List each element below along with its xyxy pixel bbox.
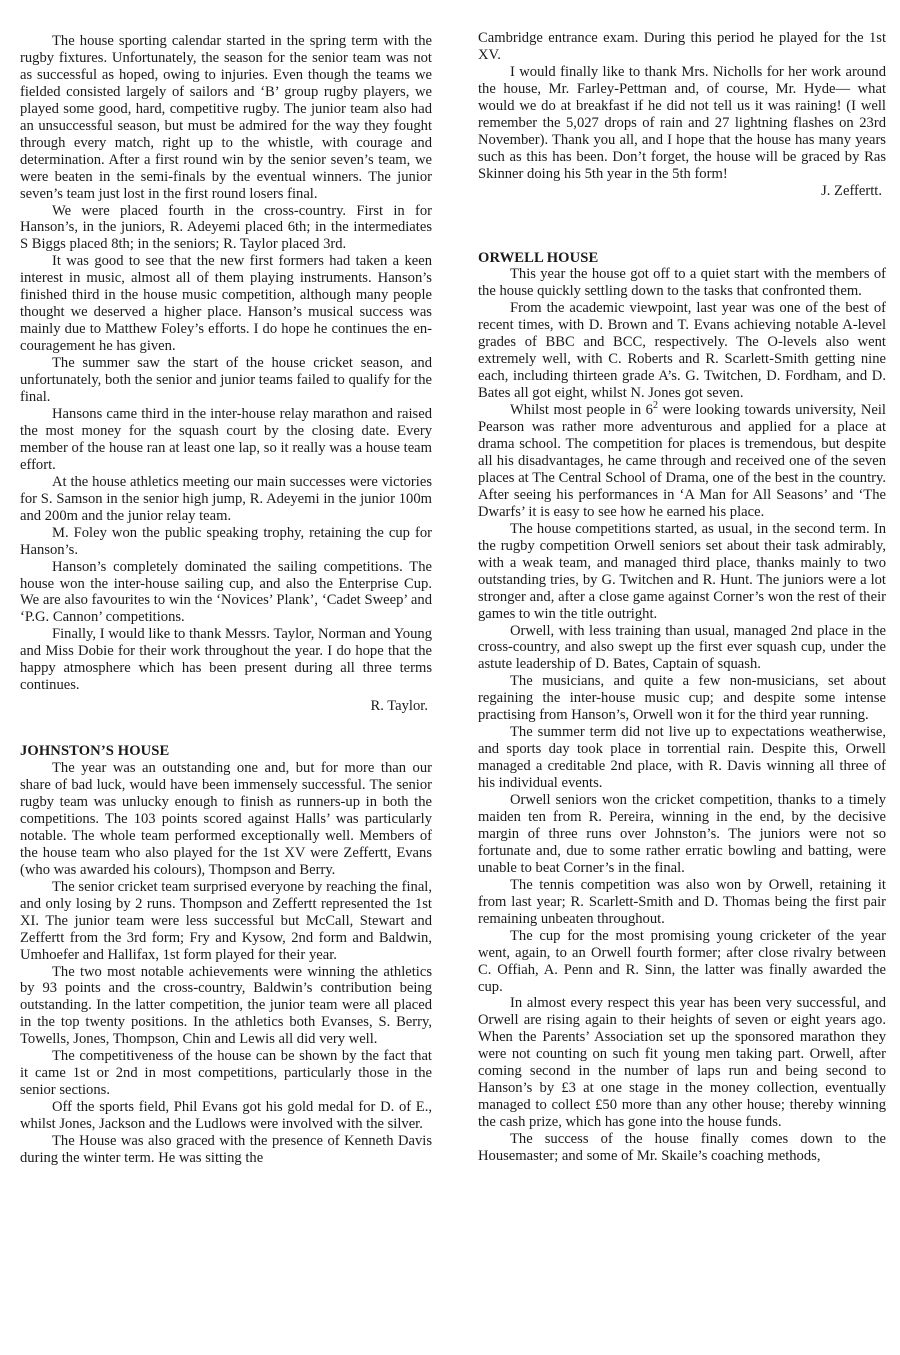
paragraph: The senior cricket team surprised everyo… [20, 879, 432, 964]
paragraph: The house sporting calendar started in t… [20, 33, 432, 203]
left-column: The house sporting calendar started in t… [20, 33, 432, 1167]
paragraph: Cambridge entrance exam. During this per… [478, 30, 886, 64]
paragraph: From the academic viewpoint, last year w… [478, 300, 886, 402]
paragraph: Hansons came third in the inter-house re… [20, 406, 432, 474]
paragraph: The summer term did not live up to expec… [478, 724, 886, 792]
paragraph: M. Foley won the public speaking trophy,… [20, 525, 432, 559]
author-signature: R. Taylor. [20, 698, 432, 715]
paragraph: I would finally like to thank Mrs. Nicho… [478, 64, 886, 183]
paragraph: Finally, I would like to thank Messrs. T… [20, 626, 432, 694]
paragraph: Off the sports field, Phil Evans got his… [20, 1099, 432, 1133]
section-heading: JOHNSTON’S HOUSE [20, 743, 432, 760]
hanson-house-report: The house sporting calendar started in t… [20, 33, 432, 715]
paragraph: The musicians, and quite a few non-music… [478, 673, 886, 724]
paragraph: The success of the house finally comes d… [478, 1131, 886, 1165]
paragraph: The year was an outstanding one and, but… [20, 760, 432, 879]
paragraph: The two most notable achievements were w… [20, 964, 432, 1049]
paragraph: The house competitions started, as usual… [478, 521, 886, 623]
section-spacer [20, 715, 432, 743]
right-column: Cambridge entrance exam. During this per… [478, 30, 886, 1165]
paragraph: The House was also graced with the prese… [20, 1133, 432, 1167]
paragraph: The tennis competition was also won by O… [478, 877, 886, 928]
paragraph: Orwell, with less training than usual, m… [478, 623, 886, 674]
text-run: were looking towards university, Neil Pe… [478, 402, 886, 520]
paragraph: In almost every respect this year has be… [478, 995, 886, 1131]
section-heading: ORWELL HOUSE [478, 250, 886, 267]
johnstons-house-report: JOHNSTON’S HOUSE The year was an outstan… [20, 743, 432, 1167]
paragraph: Orwell seniors won the cricket competiti… [478, 792, 886, 877]
johnstons-house-report-continued: Cambridge entrance exam. During this per… [478, 30, 886, 200]
paragraph: This year the house got off to a quiet s… [478, 266, 886, 300]
paragraph: The cup for the most promising young cri… [478, 928, 886, 996]
paragraph: The competitiveness of the house can be … [20, 1048, 432, 1099]
paragraph: The summer saw the start of the house cr… [20, 355, 432, 406]
paragraph: Whilst most people in 62 were looking to… [478, 402, 886, 521]
paragraph: We were placed fourth in the cross-count… [20, 203, 432, 254]
paragraph: At the house athletics meeting our main … [20, 474, 432, 525]
paragraph: Hanson’s completely dominated the sailin… [20, 559, 432, 627]
author-signature: J. Zeffertt. [478, 183, 886, 200]
orwell-house-report: ORWELL HOUSE This year the house got off… [478, 250, 886, 1165]
text-run: Whilst most people in 6 [510, 402, 653, 418]
section-spacer [478, 200, 886, 250]
paragraph: It was good to see that the new first fo… [20, 253, 432, 355]
